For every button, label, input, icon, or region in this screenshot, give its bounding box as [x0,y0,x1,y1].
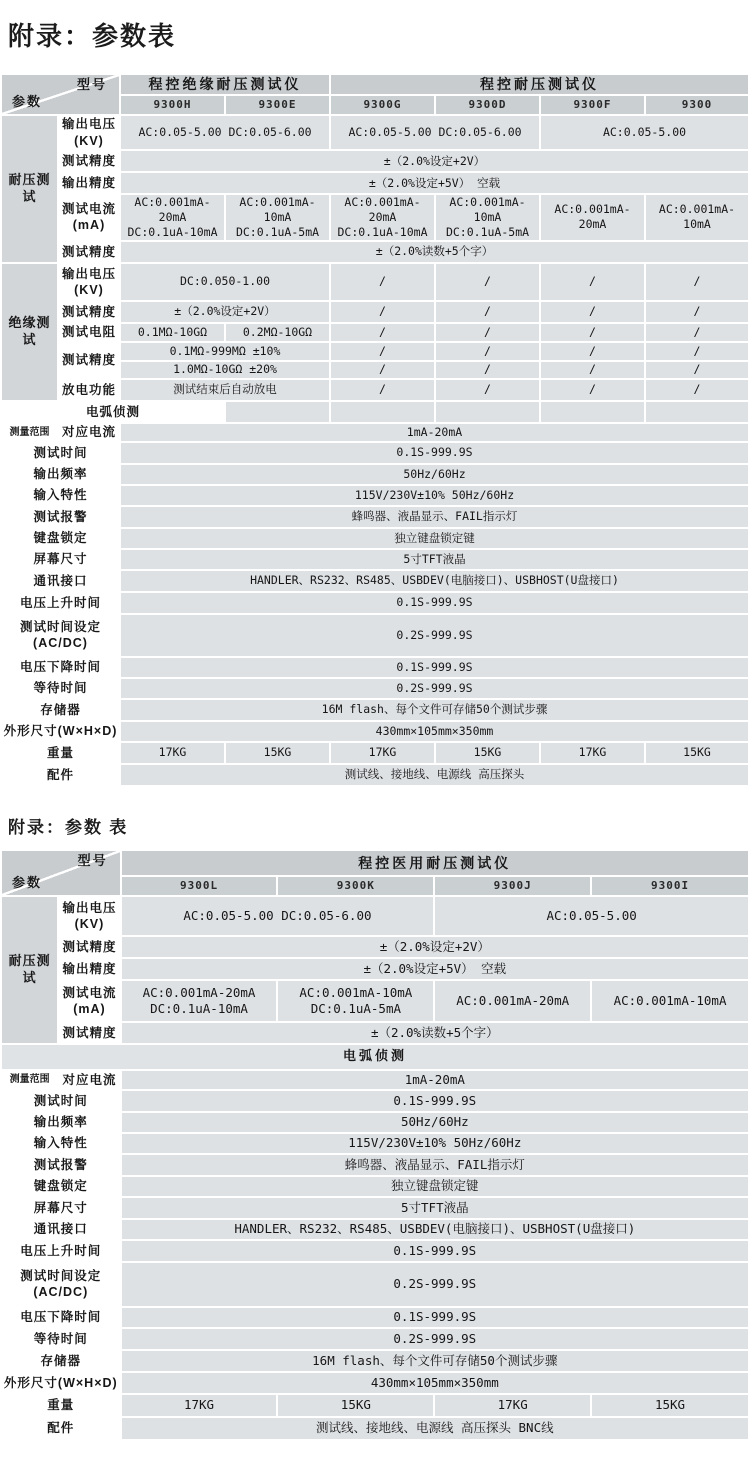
value-cell: 15KG [592,1395,748,1416]
value-cell: AC:0.05-5.00 DC:0.05-6.00 [121,116,329,149]
value-cell: AC:0.001mA-20mA [541,195,644,240]
row-label: 测试电流 (mA) [59,981,119,1021]
value-cell: AC:0.001mA-10mA DC:0.1uA-5mA [436,195,539,240]
value-cell: / [541,302,644,322]
value-cell: 测试线、接地线、电源线 高压探头 [121,765,748,785]
row-label: 测试时间 [2,1091,120,1111]
row-label: 电压下降时间 [2,1308,120,1327]
value-cell: / [436,362,539,378]
spec-table-insulation-withstand: 型号参数程控绝缘耐压测试仪程控耐压测试仪9300H9300E9300G9300D… [0,73,750,787]
value-cell: AC:0.05-5.00 DC:0.05-6.00 [331,116,539,149]
value-cell: 17KG [435,1395,590,1416]
row-label: 对应电流 [59,1071,119,1089]
value-cell: / [541,362,644,378]
model-header: 9300G [331,96,434,114]
row-label: 测试精度 [59,242,119,262]
value-cell: AC:0.001mA-20mA DC:0.1uA-10mA [122,981,277,1021]
value-cell: 蜂鸣器、液晶显示、FAIL指示灯 [122,1155,748,1175]
value-cell: 15KG [436,743,539,763]
value-cell: / [331,380,434,400]
model-header: 9300D [436,96,539,114]
model-header: 9300K [278,877,433,895]
row-label: 测试精度 [59,343,119,378]
corner-cell: 型号参数 [2,75,119,114]
empty-cell [226,402,329,422]
section-label: 耐压测试 [2,897,57,1043]
value-cell: 0.2MΩ-10GΩ [226,324,329,341]
row-label: 键盘锁定 [2,1177,120,1196]
section-band: 电弧侦测 [2,1045,748,1069]
corner-label-model: 型号 [78,853,108,870]
value-cell: 0.1S-999.9S [121,443,748,463]
value-cell: 0.1MΩ-10GΩ [121,324,224,341]
value-cell: AC:0.001mA-20mA DC:0.1uA-10mA [121,195,224,240]
corner-label-model: 型号 [77,77,107,94]
row-label: 输出精度 [59,173,119,193]
value-cell: 15KG [226,743,329,763]
row-label: 电压上升时间 [2,593,119,613]
row-label: 测试电阻 [59,324,119,341]
model-header: 9300 [646,96,748,114]
row-label-small: 测量范围 [2,1071,57,1089]
row-label: 配件 [2,1418,120,1439]
value-cell: AC:0.001mA-10mA DC:0.1uA-5mA [226,195,329,240]
value-cell: 独立键盘锁定键 [121,529,748,548]
value-cell: 50Hz/60Hz [122,1113,748,1132]
value-cell: 测试线、接地线、电源线 高压探头 BNC线 [122,1418,748,1439]
value-cell: / [541,264,644,300]
row-label: 电弧侦测 [2,402,224,422]
value-cell: 1mA-20mA [122,1071,748,1089]
row-label: 放电功能 [59,380,119,400]
row-label: 测试时间设定 (AC/DC) [2,615,119,656]
value-cell: AC:0.001mA-20mA [435,981,590,1021]
spec-table-1-container: 型号参数程控绝缘耐压测试仪程控耐压测试仪9300H9300E9300G9300D… [0,73,750,787]
value-cell: / [331,264,434,300]
corner-label-parameter: 参数 [12,94,42,111]
row-label: 输出电压 (KV) [59,264,119,300]
value-cell: 0.1S-999.9S [122,1308,748,1327]
value-cell: 17KG [331,743,434,763]
spec-table-medical-withstand: 型号参数程控医用耐压测试仪9300L9300K9300J9300I耐压测试输出电… [0,849,750,1441]
row-label: 配件 [2,765,119,785]
model-header: 9300I [592,877,748,895]
value-cell: / [436,380,539,400]
column-group-header: 程控耐压测试仪 [331,75,748,94]
corner-label-parameter: 参数 [12,875,42,892]
value-cell: 0.2S-999.9S [121,679,748,698]
row-label: 测试精度 [59,302,119,322]
row-label: 重量 [2,743,119,763]
section-label: 绝缘测试 [2,264,57,400]
value-cell: AC:0.001mA-10mA [592,981,748,1021]
value-cell: 16M flash、每个文件可存储50个测试步骤 [121,700,748,720]
value-cell: 蜂鸣器、液晶显示、FAIL指示灯 [121,507,748,527]
value-cell: 5寸TFT液晶 [122,1198,748,1218]
value-cell: AC:0.001mA-20mA DC:0.1uA-10mA [331,195,434,240]
value-cell: 0.1S-999.9S [122,1091,748,1111]
row-label: 键盘锁定 [2,529,119,548]
row-label: 存储器 [2,1351,120,1371]
column-group-header: 程控绝缘耐压测试仪 [121,75,329,94]
page: 附录：参数表 型号参数程控绝缘耐压测试仪程控耐压测试仪9300H9300E930… [0,16,750,1441]
value-cell: / [646,343,748,360]
value-cell: / [331,324,434,341]
value-cell: / [646,264,748,300]
value-cell: AC:0.05-5.00 [541,116,748,149]
value-cell: 16M flash、每个文件可存储50个测试步骤 [122,1351,748,1371]
row-label: 通讯接口 [2,571,119,591]
value-cell: 0.1MΩ-999MΩ ±10% [121,343,329,360]
value-cell: / [436,324,539,341]
value-cell: AC:0.001mA-10mA [646,195,748,240]
value-cell: 1.0MΩ-10GΩ ±20% [121,362,329,378]
empty-cell [436,402,539,422]
row-label: 等待时间 [2,679,119,698]
row-label: 测试精度 [59,1023,119,1043]
row-label: 输出电压 (KV) [59,897,119,935]
value-cell: 测试结束后自动放电 [121,380,329,400]
value-cell: 1mA-20mA [121,424,748,441]
value-cell: 独立键盘锁定键 [122,1177,748,1196]
row-label-small: 测量范围 [2,424,57,441]
value-cell: / [541,324,644,341]
value-cell: / [541,343,644,360]
value-cell: / [331,302,434,322]
value-cell: 50Hz/60Hz [121,465,748,484]
model-header: 9300L [122,877,277,895]
value-cell: / [331,362,434,378]
row-label: 输出频率 [2,465,119,484]
model-header: 9300J [435,877,590,895]
value-cell: / [436,343,539,360]
row-label: 输出精度 [59,959,119,979]
row-label: 电压上升时间 [2,1241,120,1261]
row-label: 输入特性 [2,1134,120,1153]
value-cell: ±（2.0%设定+2V） [121,302,329,322]
value-cell: 17KG [541,743,644,763]
row-label: 对应电流 [59,424,119,441]
value-cell: 5寸TFT液晶 [121,550,748,569]
value-cell: HANDLER、RS232、RS485、USBDEV(电脑接口)、USBHOST… [122,1220,748,1239]
value-cell: 430mm×105mm×350mm [121,722,748,741]
row-label: 电压下降时间 [2,658,119,677]
row-label: 输出电压 (KV) [59,116,119,149]
value-cell: 430mm×105mm×350mm [122,1373,748,1393]
value-cell: 17KG [122,1395,277,1416]
row-label: 测试精度 [59,151,119,171]
page-title-appendix-2: 附录：参数 表 [8,813,750,838]
value-cell: / [646,302,748,322]
value-cell: 15KG [646,743,748,763]
value-cell: HANDLER、RS232、RS485、USBDEV(电脑接口)、USBHOST… [121,571,748,591]
row-label: 外形尺寸(W×H×D) [2,1373,120,1393]
model-header: 9300F [541,96,644,114]
value-cell: / [436,264,539,300]
page-title-appendix-1: 附录：参数表 [8,16,750,53]
value-cell: 0.1S-999.9S [121,593,748,613]
row-label: 输出频率 [2,1113,120,1132]
value-cell: ±（2.0%设定+5V） 空载 [121,173,748,193]
section-label: 耐压测试 [2,116,57,262]
value-cell: 0.2S-999.9S [121,615,748,656]
value-cell: AC:0.001mA-10mA DC:0.1uA-5mA [278,981,433,1021]
value-cell: DC:0.050-1.00 [121,264,329,300]
value-cell: / [646,324,748,341]
value-cell: / [541,380,644,400]
value-cell: ±（2.0%设定+2V） [122,937,748,957]
model-header: 9300H [121,96,224,114]
value-cell: ±（2.0%读数+5个字） [122,1023,748,1043]
column-group-header: 程控医用耐压测试仪 [122,851,748,875]
value-cell: 115V/230V±10% 50Hz/60Hz [121,486,748,505]
row-label: 测试时间设定 (AC/DC) [2,1263,120,1306]
value-cell: AC:0.05-5.00 DC:0.05-6.00 [122,897,434,935]
value-cell: / [646,362,748,378]
row-label: 测试报警 [2,1155,120,1175]
value-cell: 115V/230V±10% 50Hz/60Hz [122,1134,748,1153]
value-cell: 0.1S-999.9S [122,1241,748,1261]
empty-cell [646,402,748,422]
model-header: 9300E [226,96,329,114]
value-cell: 0.1S-999.9S [121,658,748,677]
value-cell: 0.2S-999.9S [122,1263,748,1306]
value-cell: ±（2.0%设定+2V） [121,151,748,171]
row-label: 测试报警 [2,507,119,527]
value-cell: 17KG [121,743,224,763]
row-label: 存储器 [2,700,119,720]
value-cell: 15KG [278,1395,433,1416]
row-label: 测试电流 (mA) [59,195,119,240]
corner-cell: 型号参数 [2,851,120,895]
value-cell: / [646,380,748,400]
spec-table-2-container: 型号参数程控医用耐压测试仪9300L9300K9300J9300I耐压测试输出电… [0,849,750,1441]
empty-cell [541,402,644,422]
row-label: 测试时间 [2,443,119,463]
empty-cell [331,402,434,422]
value-cell: ±（2.0%读数+5个字） [121,242,748,262]
row-label: 屏幕尺寸 [2,550,119,569]
value-cell: 0.2S-999.9S [122,1329,748,1349]
row-label: 输入特性 [2,486,119,505]
value-cell: / [331,343,434,360]
value-cell: / [436,302,539,322]
row-label: 外形尺寸(W×H×D) [2,722,119,741]
row-label: 等待时间 [2,1329,120,1349]
row-label: 测试精度 [59,937,119,957]
row-label: 通讯接口 [2,1220,120,1239]
value-cell: AC:0.05-5.00 [435,897,748,935]
value-cell: ±（2.0%设定+5V） 空载 [122,959,748,979]
row-label: 屏幕尺寸 [2,1198,120,1218]
row-label: 重量 [2,1395,120,1416]
